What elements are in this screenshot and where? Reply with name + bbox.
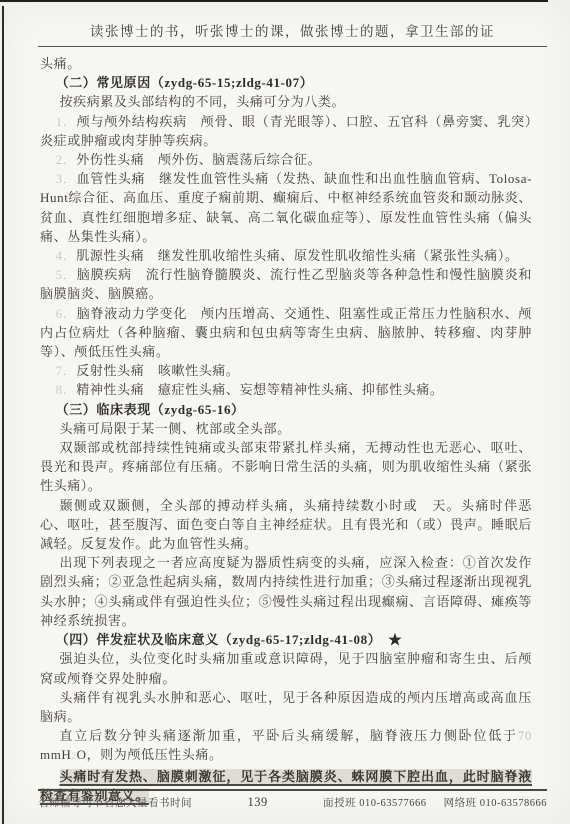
list-number: 5． bbox=[56, 267, 77, 282]
text-segment: 出现下列表现之一者应高度疑为器质性病变的头痛，应深入检查：①首次发作剧烈头痛；②… bbox=[40, 555, 532, 628]
body-paragraph: 4．肌源性头痛 继发性肌收缩性头痛、原发性肌收缩性头痛（紧张性头痛）。 bbox=[40, 246, 532, 265]
body-paragraph: 强迫头位，头位变化时头痛加重或意识障碍，见于四脑室肿瘤和寄生虫、后颅窝或颅脊交界… bbox=[40, 649, 532, 687]
list-number: 6． bbox=[56, 306, 77, 321]
body-paragraph: 双颞部或枕部持续性钝痛或头部束带紧扎样头痛，无搏动性也无恶心、呕吐、畏光和畏声。… bbox=[40, 438, 532, 496]
body-paragraph: 出现下列表现之一者应高度疑为器质性病变的头痛，应深入检查：①首次发作剧烈头痛；②… bbox=[40, 553, 532, 630]
text-segment: 肌源性头痛 继发性肌收缩性头痛、原发性肌收缩性头痛（紧张性头痛）。 bbox=[76, 248, 518, 263]
body-paragraph: 5．脑膜疾病 流行性脑脊髓膜炎、流行性乙型脑炎等各种急性和慢性脑膜炎和脑膜脑炎、… bbox=[40, 265, 532, 303]
list-number: 3． bbox=[56, 171, 77, 186]
text-segment: 脑脊液动力学变化 颅内压增高、交通性、阻塞性或正常压力性脑积水、颅内占位病灶（各… bbox=[40, 306, 532, 359]
footer-contact-info: 面授班 010-63577666 网络班 010-63578666 bbox=[323, 795, 547, 810]
text-segment: 精神性头痛 癔症性头痛、妄想等精神性头痛、抑郁性头痛。 bbox=[76, 382, 443, 397]
body-paragraph: 按疾病累及头部结构的不同，头痛可分为八类。 bbox=[40, 92, 532, 111]
scan-edge-left bbox=[2, 6, 4, 824]
footer-promo-text: 名师辅导可节省您大量看书时间 bbox=[38, 795, 192, 810]
text-segment: 脑膜疾病 流行性脑脊髓膜炎、流行性乙型脑炎等各种急性和慢性脑膜炎和脑膜脑炎、脑膜… bbox=[40, 267, 532, 301]
text-segment: 头痛伴有视乳头水肿和恶心、呕吐，见于各种原因造成的颅内压增高或高血压脑病。 bbox=[40, 690, 532, 724]
text-segment: 血管性头痛 继发性血管性头痛（发热、缺血性和出血性脑血管病、Tolosa-Hun… bbox=[40, 171, 532, 244]
list-number: 4． bbox=[56, 248, 77, 263]
text-segment: 2 bbox=[71, 751, 76, 761]
text-segment: 头痛。 bbox=[40, 56, 81, 71]
list-number: 1． bbox=[56, 114, 77, 129]
text-segment: （二）常见原因（zydg-65-15;zldg-41-07） bbox=[56, 75, 314, 90]
text-segment: 双颞部或枕部持续性钝痛或头部束带紧扎样头痛，无搏动性也无恶心、呕吐、畏光和畏声。… bbox=[40, 440, 532, 493]
body-paragraph: 2．外伤性头痛 颅外伤、脑震荡后综合征。 bbox=[40, 150, 532, 169]
section-heading: （四）伴发症状及临床意义（zydg-65-17;zldg-41-08） ★ bbox=[40, 630, 532, 649]
text-segment: 颞侧或双颞侧，全头部的搏动样头痛，头痛持续数小时或 天。头痛时伴恶心、呕吐，甚至… bbox=[40, 498, 532, 551]
section-heading: （三）临床表现（zydg-65-16） bbox=[40, 400, 532, 419]
body-paragraph: 1．颅与颅外结构疾病 颅骨、眼（青光眼等）、口腔、五官科（鼻旁窦、乳突）炎症或肿… bbox=[40, 112, 532, 150]
body-paragraph: 6．脑脊液动力学变化 颅内压增高、交通性、阻塞性或正常压力性脑积水、颅内占位病灶… bbox=[40, 304, 532, 362]
text-segment: 70 bbox=[518, 728, 532, 743]
text-segment: mmH bbox=[40, 747, 71, 762]
text-segment: （三）临床表现（zydg-65-16） bbox=[56, 402, 245, 417]
body-paragraph: 8．精神性头痛 癔症性头痛、妄想等精神性头痛、抑郁性头痛。 bbox=[40, 380, 532, 399]
page-number: 139 bbox=[247, 795, 267, 810]
body-paragraph: 3．血管性头痛 继发性血管性头痛（发热、缺血性和出血性脑血管病、Tolosa-H… bbox=[40, 169, 532, 246]
footer-net-class-phone: 网络班 010-63578666 bbox=[444, 798, 547, 809]
text-segment: 头痛可局限于某一侧、枕部或全头部。 bbox=[60, 421, 291, 436]
body-paragraph: 颞侧或双颞侧，全头部的搏动样头痛，头痛持续数小时或 天。头痛时伴恶心、呕吐，甚至… bbox=[40, 496, 532, 554]
text-segment: （四）伴发症状及临床意义（zydg-65-17;zldg-41-08） ★ bbox=[56, 632, 402, 647]
text-segment: 直立后数分钟头痛逐渐加重，平卧后头痛缓解，脑脊液压力侧卧位低于 bbox=[60, 728, 518, 743]
document-body: 头痛。（二）常见原因（zydg-65-15;zldg-41-07）按疾病累及头部… bbox=[40, 54, 532, 805]
section-heading: （二）常见原因（zydg-65-15;zldg-41-07） bbox=[40, 73, 532, 92]
body-paragraph: 头痛可局限于某一侧、枕部或全头部。 bbox=[40, 419, 532, 438]
text-segment: 外伤性头痛 颅外伤、脑震荡后综合征。 bbox=[76, 152, 321, 167]
text-segment: 反射性头痛 咳嗽性头痛。 bbox=[76, 363, 239, 378]
scan-edge-top bbox=[0, 0, 548, 2]
list-number: 2． bbox=[56, 152, 77, 167]
body-paragraph: 直立后数分钟头痛逐渐加重，平卧后头痛缓解，脑脊液压力侧卧位低于70 mmH2O，… bbox=[40, 726, 532, 766]
text-segment: 强迫头位，头位变化时头痛加重或意识障碍，见于四脑室肿瘤和寄生虫、后颅窝或颅脊交界… bbox=[40, 651, 532, 685]
page-header-slogan: 读张博士的书，听张博士的课，做张博士的题，拿卫生部的证 bbox=[38, 20, 547, 47]
body-paragraph: 7．反射性头痛 咳嗽性头痛。 bbox=[40, 361, 532, 380]
footer-face-class-phone: 面授班 010-63577666 bbox=[323, 798, 426, 809]
list-number: 7． bbox=[56, 363, 77, 378]
page-footer: 名师辅导可节省您大量看书时间 139 面授班 010-63577666 网络班 … bbox=[38, 789, 547, 810]
list-number: 8． bbox=[56, 382, 77, 397]
text-segment: O，则为颅低压性头痛。 bbox=[77, 747, 223, 762]
scanned-textbook-page: 读张博士的书，听张博士的课，做张博士的题，拿卫生部的证 头痛。（二）常见原因（z… bbox=[0, 0, 570, 824]
text-segment: 颅与颅外结构疾病 颅骨、眼（青光眼等）、口腔、五官科（鼻旁窦、乳突）炎症或肿瘤或… bbox=[40, 114, 532, 148]
body-paragraph: 头痛。 bbox=[40, 54, 532, 73]
text-segment: 按疾病累及头部结构的不同，头痛可分为八类。 bbox=[60, 94, 346, 109]
body-paragraph: 头痛伴有视乳头水肿和恶心、呕吐，见于各种原因造成的颅内压增高或高血压脑病。 bbox=[40, 688, 532, 726]
